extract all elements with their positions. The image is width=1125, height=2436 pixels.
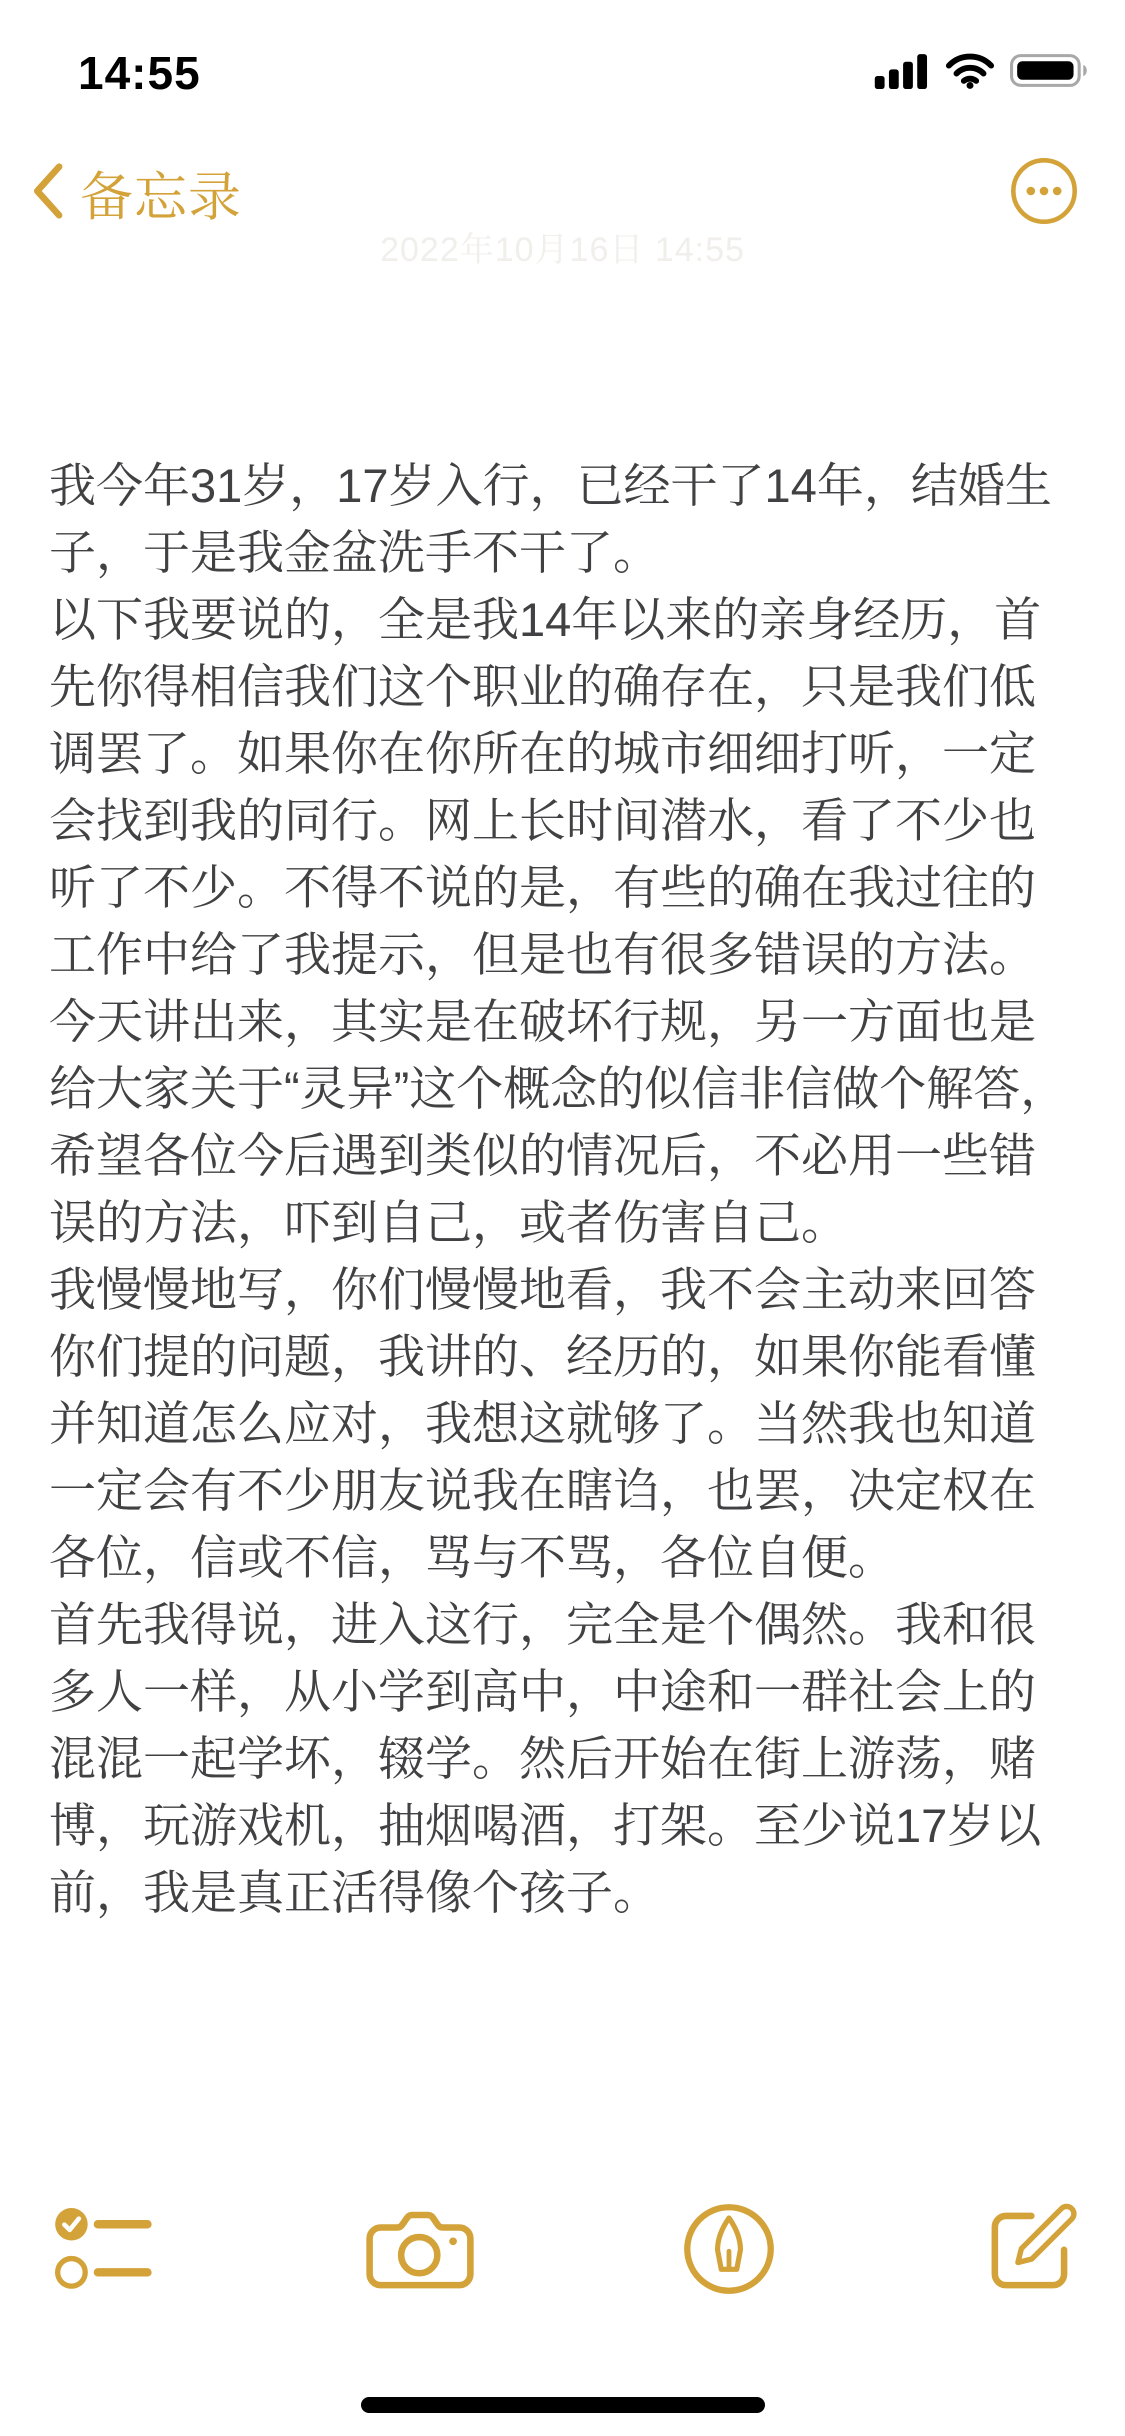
status-icons (874, 52, 1092, 94)
compose-icon (981, 2199, 1081, 2304)
note-paragraph: 今天讲出来，其实是在破坏行规，另一方面也是给大家关于“灵异”这个概念的似信非信做… (49, 988, 1073, 1256)
back-label: 备忘录 (80, 155, 242, 231)
checklist-icon (52, 2203, 158, 2300)
note-timestamp: 2022年10月16日 14:55 (0, 222, 1125, 271)
ellipsis-circle-icon (1009, 156, 1079, 231)
note-body[interactable]: 我今年31岁，17岁入行，已经干了14年，结婚生子，于是我金盆洗手不干了。以下我… (49, 452, 1073, 1926)
compose-button[interactable] (981, 2199, 1081, 2304)
wifi-icon (944, 52, 996, 94)
more-button[interactable] (1009, 156, 1079, 231)
camera-button[interactable] (362, 2199, 478, 2304)
cellular-signal-icon (874, 52, 930, 94)
toolbar (0, 2192, 1125, 2310)
note-paragraph: 首先我得说，进入这行，完全是个偶然。我和很多人一样，从小学到高中，中途和一群社会… (49, 1591, 1073, 1926)
markup-button[interactable] (681, 2201, 777, 2302)
note-paragraph: 以下我要说的，全是我14年以来的亲身经历，首先你得相信我们这个职业的确存在，只是… (49, 586, 1073, 988)
note-paragraph: 我慢慢地写，你们慢慢地看，我不会主动来回答你们提的问题，我讲的、经历的，如果你能… (49, 1256, 1073, 1591)
note-paragraph: 我今年31岁，17岁入行，已经干了14年，结婚生子，于是我金盆洗手不干了。 (49, 452, 1073, 586)
status-bar: 14:55 (0, 0, 1125, 126)
camera-icon (362, 2199, 478, 2304)
markup-icon (681, 2201, 777, 2302)
home-indicator[interactable] (361, 2397, 765, 2413)
status-time: 14:55 (78, 46, 874, 100)
battery-icon (1010, 52, 1092, 94)
phone-screen: 14:55 (0, 0, 1125, 2436)
back-button[interactable]: 备忘录 (30, 155, 242, 231)
checklist-button[interactable] (52, 2203, 158, 2300)
chevron-left-icon (30, 161, 64, 226)
